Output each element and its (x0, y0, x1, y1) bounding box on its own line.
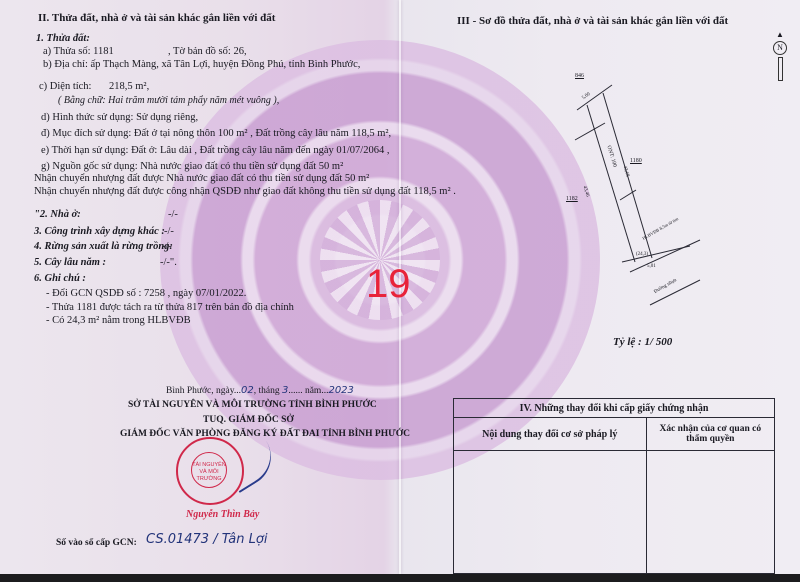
map-scale: Tỷ lệ : 1/ 500 (613, 336, 672, 348)
changes-cell-content (454, 451, 647, 574)
neighbor-1182: 1182 (566, 193, 578, 206)
edge-length-bottom: 5,01 (647, 260, 656, 273)
changes-col-content: Nội dung thay đổi cơ sở pháp lý (454, 418, 647, 451)
changes-cell-confirmation (646, 451, 774, 574)
neighbor-1180: 1180 (630, 155, 642, 168)
changes-table: IV. Những thay đổi khi cấp giấy chứng nh… (453, 398, 775, 574)
certificate-spread: II. Thửa đất, nhà ở và tài sản khác gắn … (0, 0, 800, 574)
neighbor-846: 846 (575, 70, 584, 83)
changes-table-title: IV. Những thay đổi khi cấp giấy chứng nh… (454, 399, 775, 418)
changes-col-confirmation: Xác nhận của cơ quan có thẩm quyền (646, 418, 774, 451)
